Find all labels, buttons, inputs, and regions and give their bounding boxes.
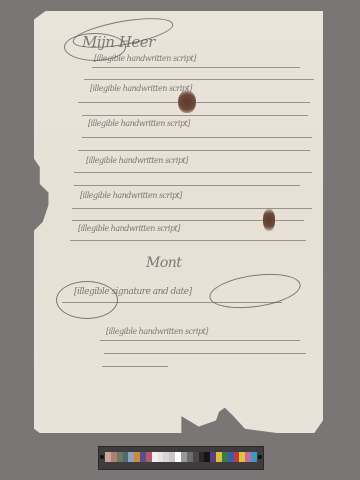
body-line: [illegible handwritten script] (90, 84, 192, 93)
body-line: [illegible handwritten script] (78, 224, 180, 233)
calibration-patches (105, 452, 257, 462)
signature-stroke (62, 301, 282, 303)
body-line: [illegible handwritten script] (80, 191, 182, 200)
body-line-stroke (82, 114, 308, 116)
body-line-stroke (72, 207, 312, 209)
body-line-stroke (74, 171, 312, 173)
color-calibration-bar (98, 446, 264, 470)
ink-stain (263, 209, 275, 231)
color-patch (251, 452, 257, 462)
postscript-stroke (104, 352, 306, 354)
postscript-line: [illegible handwritten script] (106, 327, 208, 336)
body-line: [illegible handwritten script] (88, 119, 190, 128)
postscript-stroke (102, 365, 168, 367)
body-line-stroke (70, 239, 306, 241)
body-line-stroke (78, 149, 310, 151)
document-page: Mijn Heer [illegible handwritten script]… (34, 11, 323, 433)
signature-flourish (56, 281, 118, 319)
postscript-stroke (100, 339, 300, 341)
body-line: [illegible handwritten script] (86, 156, 188, 165)
calibration-dot (258, 455, 262, 459)
body-line-stroke (82, 136, 312, 138)
signature-flourish (207, 269, 303, 313)
body-line-stroke (92, 66, 300, 68)
ink-stain (178, 91, 196, 113)
body-line-stroke (84, 78, 314, 80)
calibration-dot (100, 455, 104, 459)
closing: Mont (146, 255, 181, 271)
body-line-stroke (74, 184, 300, 186)
body-line: [illegible handwritten script] (94, 54, 196, 63)
salutation: Mijn Heer (82, 33, 155, 51)
